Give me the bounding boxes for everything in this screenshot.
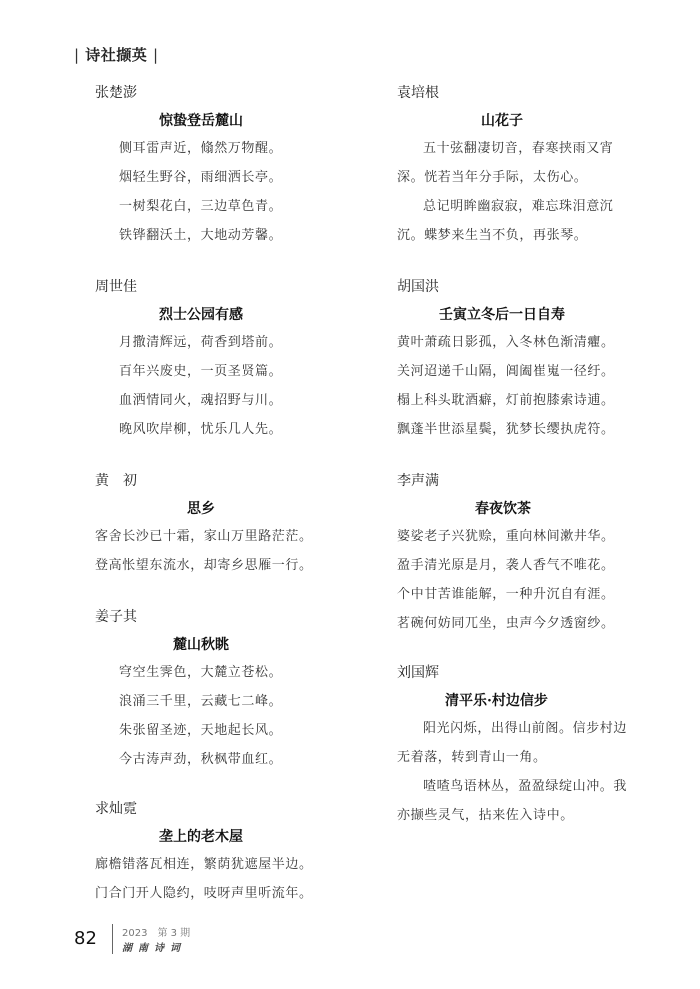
poem-line: 盈手清光原是月，袭人香气不唯花。 [397,551,657,580]
poem-line: 茗碗何妨同兀坐，虫声今夕透窗纱。 [397,609,657,638]
poem-author: 黄 初 [95,470,355,492]
poem-line: 廊檐错落瓦相连，繁荫犹遮屋半边。 [95,850,355,879]
poem-li-shengman: 李声满 春夜饮茶 婆娑老子兴犹赊，重向林间漱井华。 盈手清光原是月，袭人香气不唯… [397,470,657,638]
poem-line: 一树梨花白，三边草色青。 [95,192,335,221]
poem-author: 姜子其 [95,606,335,628]
poem-author: 周世佳 [95,276,335,298]
poem-line: 黄叶萧疏日影孤，入冬林色渐清癯。 [397,328,657,357]
poem-line: 百年兴废史，一页圣贤篇。 [95,357,335,386]
section-tag-label: 诗社撷英 [85,46,147,64]
poem-paragraph: 阳光闪烁，出得山前阁。信步村边无着落，转到青山一角。 [397,714,637,772]
poem-line: 关河迢递千山隔，阊阖崔嵬一径纡。 [397,357,657,386]
poem-line: 侧耳雷声近，翛然万物醒。 [95,134,335,163]
poem-line: 朱张留圣迹，天地起长风。 [95,716,335,745]
poem-line: 登高怅望东流水，却寄乡思雁一行。 [95,551,355,580]
poem-line: 穹空生霁色，大麓立苍松。 [95,658,335,687]
poem-qiu-canni: 求灿霓 垄上的老木屋 廊檐错落瓦相连，繁荫犹遮屋半边。 门合门开人隐约，吱呀声里… [95,798,355,908]
section-tag: | 诗社撷英 | [74,44,159,65]
poem-title: 壬寅立冬后一日自寿 [397,302,657,328]
poem-author: 刘国辉 [397,662,637,684]
poem-line: 血洒情同火，魂招野与川。 [95,386,335,415]
poem-jiang-ziqi: 姜子其 麓山秋眺 穹空生霁色，大麓立苍松。 浪涌三千里，云藏七二峰。 朱张留圣迹… [95,606,335,774]
poem-line: 浪涌三千里，云藏七二峰。 [95,687,335,716]
poem-title: 惊蛰登岳麓山 [95,108,335,134]
poem-zhou-shijia: 周世佳 烈士公园有感 月撒清辉远，荷香到塔前。 百年兴废史，一页圣贤篇。 血洒情… [95,276,335,444]
poem-author: 求灿霓 [95,798,355,820]
poem-title: 烈士公园有感 [95,302,335,328]
poem-hu-guohong: 胡国洪 壬寅立冬后一日自寿 黄叶萧疏日影孤，入冬林色渐清癯。 关河迢递千山隔，阊… [397,276,657,444]
poem-liu-guohui: 刘国辉 清平乐·村边信步 阳光闪烁，出得山前阁。信步村边无着落，转到青山一角。 … [397,662,637,830]
poem-author: 胡国洪 [397,276,657,298]
poem-author: 李声满 [397,470,657,492]
magazine-title: 湖南诗词 [122,939,186,954]
poem-line: 飘蓬半世添星鬓，犹梦长缨执虎符。 [397,415,657,444]
poem-title: 清平乐·村边信步 [397,688,637,714]
poem-paragraph: 五十弦翻凄切音，春寒挟雨又宵深。恍若当年分手际，太伤心。 [397,134,637,192]
poem-line: 烟轻生野谷，雨细洒长亭。 [95,163,335,192]
poem-huang-chu: 黄 初 思乡 客舍长沙已十霜，家山万里路茫茫。 登高怅望东流水，却寄乡思雁一行。 [95,470,355,580]
footer-divider [112,924,113,954]
poem-yuan-peigen: 袁培根 山花子 五十弦翻凄切音，春寒挟雨又宵深。恍若当年分手际，太伤心。 总记明… [397,82,637,250]
tag-bar-left: | [74,46,80,64]
tag-bar-right: | [153,46,159,64]
poem-title: 思乡 [95,496,355,522]
poem-paragraph: 总记明眸幽寂寂，难忘珠泪意沉沉。蝶梦来生当不负，再张琴。 [397,192,637,250]
poem-line: 个中甘苦谁能解，一种升沉自有涯。 [397,580,657,609]
poem-line: 月撒清辉远，荷香到塔前。 [95,328,335,357]
poem-line: 门合门开人隐约，吱呀声里听流年。 [95,879,355,908]
poem-author: 张楚澎 [95,82,335,104]
poem-paragraph: 喳喳鸟语林丛，盈盈绿绽山冲。我亦撷些灵气，拈来佐入诗中。 [397,772,637,830]
poem-title: 麓山秋眺 [95,632,335,658]
poem-title: 山花子 [397,108,637,134]
poem-author: 袁培根 [397,82,637,104]
poem-line: 今古涛声劲，秋枫带血红。 [95,745,335,774]
poem-zhang-chupeng: 张楚澎 惊蛰登岳麓山 侧耳雷声近，翛然万物醒。 烟轻生野谷，雨细洒长亭。 一树梨… [95,82,335,250]
poem-title: 垄上的老木屋 [95,824,355,850]
poem-line: 客舍长沙已十霜，家山万里路茫茫。 [95,522,355,551]
poem-title: 春夜饮茶 [397,496,657,522]
poem-line: 榻上科头耽酒癖，灯前抱膝索诗逋。 [397,386,657,415]
poem-line: 铁铧翻沃土，大地动芳馨。 [95,221,335,250]
poem-line: 晚风吹岸柳，忧乐几人先。 [95,415,335,444]
issue-label: 2023 第 3 期 [122,924,190,939]
page-number: 82 [74,928,97,949]
poem-line: 婆娑老子兴犹赊，重向林间漱井华。 [397,522,657,551]
